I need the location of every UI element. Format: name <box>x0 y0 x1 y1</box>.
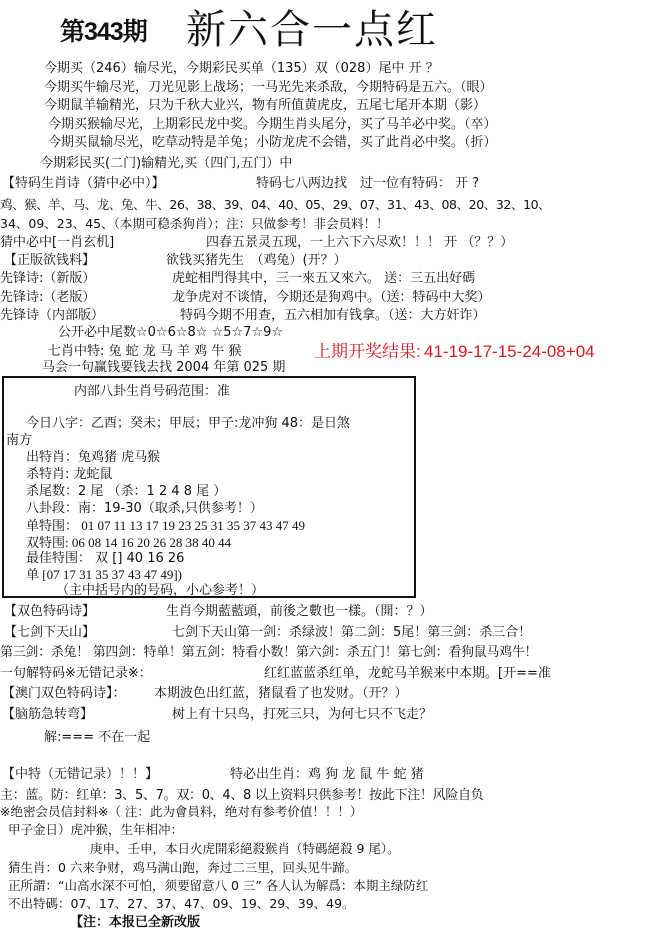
shuangse-text: 生肖今期藍藍頭，前後之數也一樣。（開：？） <box>166 605 433 618</box>
intro-line-5: 今期买鼠输尽光，吃草动特是羊兔；小防龙虎不会错，买了此肖必中奖。（折） <box>48 136 497 149</box>
box-bagua: 八卦段：南：19-30（取杀,只供参考！） <box>26 502 263 515</box>
mahui-line: 马会一句赢钱要钱去找 2004 年第 025 期 <box>42 361 285 374</box>
box-bazi-cont: 南方 <box>6 434 32 447</box>
macau-heading: 【澳门双色特码诗】： <box>2 687 126 700</box>
tema-poem-line-2: 34、09、23、45、（本期可稳杀狗肖）；注：只做参考！非会员料！！ <box>0 218 389 231</box>
xianfeng-text-old: 龙争虎对不谈情，今期还是狗鸡中。（送：特码中大奖） <box>172 291 491 304</box>
box-chu-te: 出特肖：兔鸡猪 虎马猴 <box>26 451 160 464</box>
yiju-text: 红红蓝蓝杀红单，龙蛇马羊猴来中本期。[开==准 <box>264 667 551 680</box>
zhongte-text: 特必出生肖：鸡 狗 龙 鼠 牛 蛇 猪 <box>230 768 424 781</box>
member-line-3: 猜生肖：0 六来争财，鸡马满山跑，奔过二三里，回头见牛蹄。 <box>8 862 357 875</box>
zhengban-text: 欲钱买猪先生 （鸡兔）(开？） <box>166 254 347 267</box>
qijian-text: 七剑下天山第一剑：杀绿波！第二剑：5尾！第三剑：杀三合！ <box>172 626 531 639</box>
xianfeng-label-old: 先锋诗:（老版） <box>0 291 95 304</box>
qijian-line-2: 第三剑：杀兔！ 第四剑：特单！第五剑：特看小数！第六剑：杀五门！第七剑：看狗鼠马… <box>0 646 537 659</box>
yiju-heading: 一句解特码※无错记录※： <box>0 667 152 680</box>
inner-bagua-box: 内部八卦生肖号码范围：准 今日八字：乙酉；癸未；甲辰；甲子:龙冲狗 48：是日煞… <box>2 376 416 598</box>
seven-zodiac: 七肖中特: 兔 蛇 龙 马 羊 鸡 牛 猴 <box>48 345 241 358</box>
riddle-answer: 解:=== 不在一起 <box>44 731 150 744</box>
intro-line-3: 今期鼠羊输精光，只为千秋大业兴，物有所值黄虎皮，五尾七尾开本期（影） <box>44 99 486 112</box>
xianfeng-text-inner: 特码今期不用查，五六相加有钱拿。（送：大方奸诈） <box>180 309 486 322</box>
box-dan-range: 单特围： 01 07 11 13 17 19 23 25 31 35 37 43… <box>26 519 305 532</box>
intro-line-2: 今期买牛输尽光，刀光见影上战场；一马光先来杀敌，今期特码是五六。（眼） <box>44 81 493 94</box>
guess-heading: 猜中必中[一肖玄机] <box>0 236 114 249</box>
macau-text: 本期波色出红蓝，猪鼠看了也发财。（开？） <box>154 687 408 700</box>
tail-numbers: 公开必中尾数☆0☆6☆8☆ ☆5☆7☆9☆ <box>58 326 283 339</box>
issue-number: 第343期 <box>60 20 147 45</box>
qijian-heading: 【七剑下天山】 <box>4 626 95 639</box>
intro-line-6: 今期彩民买(二门)输精光,买（四门,五门）中 <box>40 157 292 170</box>
member-line-5: 不出特碼：07、17、27、37、47、09、19、29、39、49。 <box>8 898 355 911</box>
member-line-1: 甲子金日）虎冲猴，生年相冲： <box>8 824 183 837</box>
box-sha-wei: 杀尾数：2 尾 （杀：1 2 4 8 尾 ） <box>26 485 226 498</box>
tema-poem-line-1: 鸡、猴、羊、马、龙、兔、牛、26、38、39、04、40、05、29、07、31… <box>0 199 550 212</box>
last-result-numbers: 41-19-17-15-24-08+04 <box>424 343 595 360</box>
tema-poem-heading: 【特码生肖诗（猜中必中）】 <box>2 177 165 190</box>
riddle-heading: 【脑筋急转弯】 <box>2 708 93 721</box>
riddle-question: 树上有十只鸟，打死三只，为何七只不飞走？ <box>172 708 432 721</box>
zhongte-line-2: 主：蓝。防：红单：3、5、7。双：0、4、8 以上资料只供参考！按此下注！风险自… <box>0 789 483 802</box>
shuangse-heading: 【双色特码诗】 <box>4 605 95 618</box>
footer-note: 【注：本报已全新改版 <box>70 916 200 929</box>
xianfeng-label-inner: 先锋诗（内部版） <box>0 309 104 322</box>
page-title: 新六合一点红 <box>186 10 438 50</box>
intro-line-4: 今期买猴输尽光，上期彩民龙中奖。今期生肖头尾分，买了马羊必中奖。（卒） <box>48 118 497 131</box>
box-best-range: 最佳特围： 双 [] 40 16 26 <box>26 552 184 565</box>
box-shuang-range: 双特围: 06 08 14 16 20 26 28 38 40 44 <box>26 536 231 549</box>
box-sha-te: 杀特肖: 龙蛇鼠 <box>26 468 113 481</box>
zhongte-line-3: ※绝密会员信封料※（ 注：此为會員料，绝对有参考价值！！！） <box>0 806 362 819</box>
xianfeng-text-new: 虎蛇相門得其中，三一來五又來六。 送：三五出好碼 <box>172 272 475 285</box>
box-note: （主中括号内的号码，小心参考！） <box>56 584 264 597</box>
guess-text: 四春五景灵五现，一上六下六尽欢！！！ 开 （？？） <box>206 236 513 249</box>
member-line-2: 庚申、壬申，本日火虎開彩絕殺猴肖（特碼絕殺 9 尾）。 <box>90 843 400 856</box>
zhongte-heading: 【中特（无错记录）！！】 <box>2 768 158 781</box>
xianfeng-label-new: 先锋诗:（新版） <box>0 272 95 285</box>
intro-line-1: 今期买（246）输尽光，今期彩民买单（135）双（028）尾中 开 ？ <box>44 62 439 75</box>
box-title: 内部八卦生肖号码范围：准 <box>74 385 230 398</box>
box-dan2: 单 [07 17 31 35 37 43 47 49]) <box>26 568 182 581</box>
member-line-4: 正所謂：“山高水深不可怕，须要留意八 0 三” 各人认为解爲：本期主绿防红 <box>8 880 428 893</box>
zhengban-heading: 【正版欲钱料】 <box>4 254 95 267</box>
last-result-label: 上期开奖结果: <box>314 343 421 360</box>
tema-poem-text: 特码七八两边找 过一位有特码： 开 ? <box>256 177 479 190</box>
box-bazi: 今日八字：乙酉；癸未；甲辰；甲子:龙冲狗 48：是日煞 <box>26 417 350 430</box>
